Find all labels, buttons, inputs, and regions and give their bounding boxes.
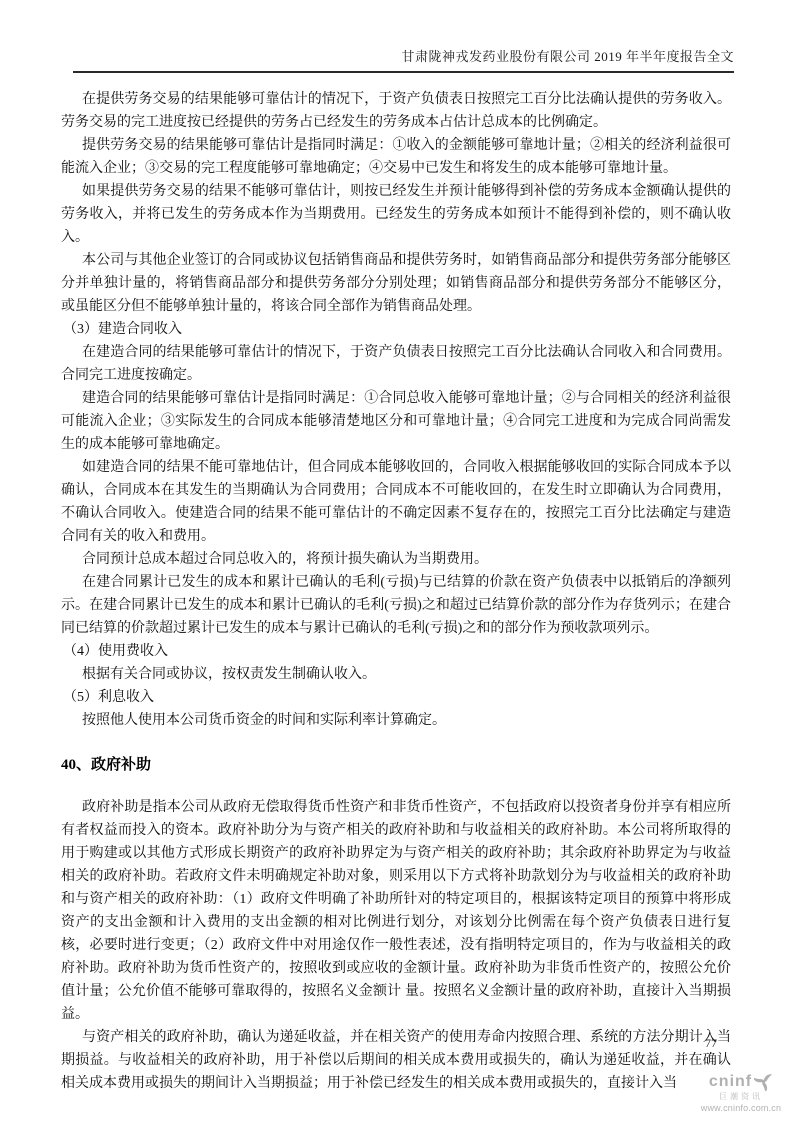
document-page: 甘肃陇神戎发药业股份有限公司 2019 年半年度报告全文 在提供劳务交易的结果能…	[0, 0, 793, 1122]
list-item: （5）利息收入	[61, 686, 731, 709]
watermark-logo-row: cninf	[695, 1072, 787, 1091]
watermark-chinese-name: 巨潮资讯	[695, 1093, 787, 1101]
paragraph: 与资产相关的政府补助，确认为递延收益，并在相关资产的使用寿命内按照合理、系统的方…	[61, 1026, 731, 1095]
cninfo-logo-text: cninf	[709, 1074, 752, 1090]
paragraph: 在提供劳务交易的结果能够可靠估计的情况下，于资产负债表日按照完工百分比法确认提供…	[61, 88, 731, 134]
paragraph: 如果提供劳务交易的结果不能够可靠估计，则按已经发生并预计能够得到补偿的劳务成本金…	[61, 180, 731, 249]
paragraph: 在建合同累计已发生的成本和累计已确认的毛利(亏损)与已结算的价款在资产负债表中以…	[61, 571, 731, 640]
paragraph: 如建造合同的结果不能可靠地估计，但合同成本能够收回的，合同收入根据能够收回的实际…	[61, 456, 731, 548]
paragraph: 建造合同的结果能够可靠估计是指同时满足：①合同总收入能够可靠地计量；②与合同相关…	[61, 387, 731, 456]
list-item: （4）使用费收入	[61, 640, 731, 663]
swirl-icon	[754, 1072, 773, 1091]
paragraph: 按照他人使用本公司货币资金的时间和实际利率计算确定。	[61, 709, 731, 732]
paragraph: 政府补助是指本公司从政府无偿取得货币性资产和非货币性资产，不包括政府以投资者身份…	[61, 796, 731, 1026]
header-title: 甘肃陇神戎发药业股份有限公司 2019 年半年度报告全文	[401, 49, 734, 64]
paragraph: 根据有关合同或协议，按权责发生制确认收入。	[61, 663, 731, 686]
watermark-url: www.cninfo.com.cn	[695, 1104, 787, 1113]
paragraph: 本公司与其他企业签订的合同或协议包括销售商品和提供劳务时，如销售商品部分和提供劳…	[61, 249, 731, 318]
paragraph: 在建造合同的结果能够可靠估计的情况下，于资产负债表日按照完工百分比法确认合同收入…	[61, 341, 731, 387]
section-heading: 40、政府补助	[61, 754, 731, 777]
cninfo-watermark: cninf 巨潮资讯 www.cninfo.com.cn	[695, 1072, 787, 1113]
document-body: 在提供劳务交易的结果能够可靠估计的情况下，于资产负债表日按照完工百分比法确认提供…	[61, 88, 731, 1095]
page-number: 77	[705, 1036, 717, 1051]
paragraph: 提供劳务交易的结果能够可靠估计是指同时满足：①收入的金额能够可靠地计量；②相关的…	[61, 134, 731, 180]
paragraph: 合同预计总成本超过合同总收入的，将预计损失确认为当期费用。	[61, 548, 731, 571]
page-header: 甘肃陇神戎发药业股份有限公司 2019 年半年度报告全文	[73, 46, 734, 73]
list-item: （3）建造合同收入	[61, 318, 731, 341]
